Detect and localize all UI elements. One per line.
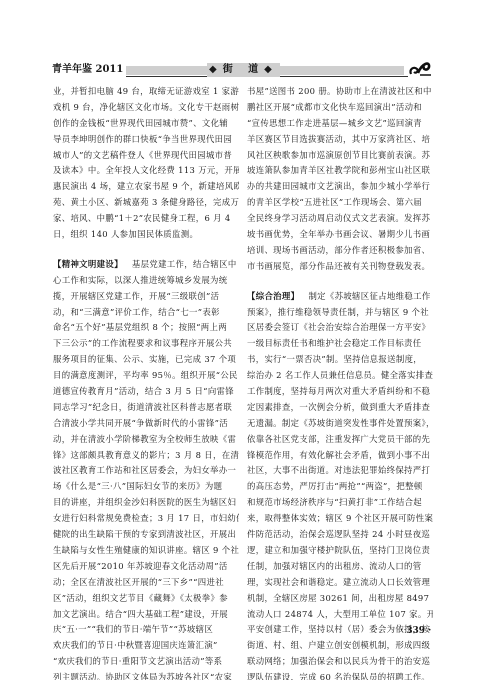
text-line: 服务项目的征集、公示、实施，已完成 37 个项 [53, 352, 239, 368]
text-line: 一级目标责任书和维护社会稳定工作目标责任 [247, 336, 433, 352]
section-comprehensive-governance: 【综合治理】 制定《苏坡辖区征占地维稳工作 预案》，推行维稳领导责任制，并与辖区… [247, 289, 433, 680]
text-line: 列主题活动。协助区文体局为苏坡各社区“农家 [53, 670, 239, 680]
text-fragment: 制定《苏坡辖区征占地维稳工作 [308, 291, 430, 301]
text-line: 逻队伍建设，完成 60 名治保队员的招聘工作。 [247, 670, 433, 680]
text-line: 苑、黄土小区、新城嘉苑 3 条健身路径，完成万 [53, 195, 239, 211]
text-line: 区先后开展“2010 年苏坡迎春文化活动周”活 [53, 559, 239, 575]
section-spiritual-civilization: 【精神文明建设】 基层党建工作，结合辖区中 心工作和实际，以深人推进统筹城乡发展… [53, 257, 239, 680]
text-line: 全民终身学习活动周启动仪式文艺表演。发挥苏 [247, 211, 433, 227]
text-line: 同志学习”纪念日，街道清波社区科普志愿者联 [53, 400, 239, 416]
text-fragment: 基层党建工作，结合辖区中 [132, 259, 237, 269]
text-line: 戏机 9 台，净化辖区文化市场。文化专干赵雨树 [53, 100, 239, 116]
paragraph-gap [247, 275, 433, 289]
text-line: 预案》，推行维稳领导责任制，并与辖区 9 个社 [247, 305, 433, 321]
text-line: 及读本》中。全年投人文化经费 113 万元，开展 [53, 163, 239, 179]
text-line: 动，并在清波小学阶梯教室为全校师生放映《雷 [53, 432, 239, 448]
text-line: 下三公示”的工作流程要求和议事程序开展公共 [53, 336, 239, 352]
page-number: · 339 · [400, 626, 431, 636]
text-line: 动，和“三满意”评价工作，结合“七一”表彰 [53, 305, 239, 321]
text-line: 任制，加强对辖区内的出租房、流动人口的管 [247, 559, 433, 575]
text-line: 动；全区在清波社区开展的“三下乡”“四进社 [53, 575, 239, 591]
text-line: 风社区秧歌参加市巡演原创节目比赛前表演。苏 [247, 148, 433, 164]
text-line: 坡连箫队参加青羊区社教学院和彭州宝山社区联 [247, 163, 433, 179]
text-line: 锋》这部颇具教育意义的影片；3 月 8 日，在清 [53, 448, 239, 464]
text-line: 导员李坤明创作的群口快板“争当世界现代田园 [53, 132, 239, 148]
section-title: ◆街 道◆ [207, 63, 280, 77]
text-line: 的青羊区学校“五进社区”工作现场会、第六届 [247, 195, 433, 211]
text-line: 加文艺演出。结合“四大基础工程”建设，开展 [53, 607, 239, 623]
text-line: 依靠各社区党支部，注重发挥广大党员干部的先 [247, 432, 433, 448]
swirl-ornament-icon [408, 57, 432, 77]
text-line: 【综合治理】 制定《苏坡辖区征占地维稳工作 [247, 289, 433, 305]
text-line: 书，实行“一票否决”制。坚持信息报送制度， [247, 352, 433, 368]
text-line: 道德宣传教育月”活动，结合 3 月 5 日“向雷锋 [53, 384, 239, 400]
text-line: 培训、现场书画活动，部分作者还积极参加省、 [247, 243, 433, 259]
text-line: 件防范活动，治保会巡逻队坚持 24 小时昼夜巡 [247, 527, 433, 543]
text-line: 无遗漏。制定《苏坡街道突发性事件处置预案》， [247, 416, 433, 432]
text-line: 合清波小学共同开展“争做新时代的小雷锋”活 [53, 416, 239, 432]
text-line: 联动网络；加强治保会和以民兵为骨干的治安巡 [247, 654, 433, 670]
text-line: 惠民演出 4 场，建立农家书屋 9 个，新建培风欧 [53, 179, 239, 195]
section-heading: 【综合治理】 [247, 291, 299, 301]
text-line: 和规范市场经济秩序与“扫黄打非”工作结合起 [247, 495, 433, 511]
text-line: 的高压态势，严厉打击“两抢”“两盗”，把整顿 [247, 479, 433, 495]
text-line: 命名“五个好”基层党组织 8 个；按照“两上两 [53, 320, 239, 336]
text-line: 【精神文明建设】 基层党建工作，结合辖区中 [53, 257, 239, 273]
left-column: 业，并暂扣电脑 49 台，取缔无证游戏室 1 家游 戏机 9 台，净化辖区文化市… [53, 84, 239, 680]
text-line: 来，取得整体实效；辖区 9 个社区开展可防性案 [247, 511, 433, 527]
text-line: 庆“五·一”“我们的节日·端午节”“苏坡辖区 [53, 622, 239, 638]
text-line: 机制，全辖区房屋 30261 间，出租房屋 8497 间， [247, 591, 433, 607]
text-line: 书屋”送图书 200 册。协助市上在清波社区和中 [247, 84, 433, 100]
text-line: 鹏社区开展“成都市文化快车巡回演出”活动和 [247, 100, 433, 116]
text-line: “欢庆我们的节日·重阳节文艺演出活动”等系 [53, 654, 239, 670]
paragraph-culture: 业，并暂扣电脑 49 台，取缔无证游戏室 1 家游 戏机 9 台，净化辖区文化市… [53, 84, 239, 243]
text-line: 创作的金钱板“世界现代田园城市赞”、文化辅 [53, 116, 239, 132]
text-line: 锋模范作用，有效化解社会矛盾，做到小事不出 [247, 448, 433, 464]
text-line: 揽，开展辖区党建工作，开展“三级联创”活 [53, 289, 239, 305]
text-line: 城市人”的文艺稿件登人《世界现代田园城市普 [53, 148, 239, 164]
section-heading: 【精神文明建设】 [53, 259, 123, 269]
text-line: 逻，建立和加强守楼护院队伍，坚持门卫岗位责 [247, 543, 433, 559]
text-line: 理，实现社会和谐稳定。建立流动人口长效管理 [247, 575, 433, 591]
text-line: 健院的出生缺陷干预的专家到清波社区，开展出 [53, 527, 239, 543]
right-column: 书屋”送图书 200 册。协助市上在清波社区和中 鹏社区开展“成都市文化快车巡回… [247, 84, 433, 680]
text-line: 坡书画优势，全年举办书画会议、暑期少儿书画 [247, 227, 433, 243]
text-line: 定因素排查，一次例会分析，做到重大矛盾排查 [247, 400, 433, 416]
text-line: 社区，大事不出街道。对违法犯罪始终保持严打 [247, 463, 433, 479]
text-line: 目的讲座，并组织金沙妇科医院的医生为辖区妇 [53, 495, 239, 511]
text-line: 目的满意度测评，平均率 95％。组织开展“公民 [53, 368, 239, 384]
paragraph-culture-cont: 书屋”送图书 200 册。协助市上在清波社区和中 鹏社区开展“成都市文化快车巡回… [247, 84, 433, 275]
text-line: 家、培风、中鹏“1＋2”农民健身工程，6 月 4 [53, 211, 239, 227]
paragraph-gap [53, 243, 239, 257]
text-line: 业，并暂扣电脑 49 台，取缔无证游戏室 1 家游 [53, 84, 239, 100]
text-line: 日，组织 140 人参加国民体质监测。 [53, 227, 239, 243]
text-line: 生缺陷与女性生殖健康的知识讲座。辖区 9 个社 [53, 543, 239, 559]
text-line: 女进行妇科常规免费检查；3 月 17 日，市妇幼保 [53, 511, 239, 527]
text-line: 办的共建田园城市文艺演出，参加少城小学举行 [247, 179, 433, 195]
text-line: 区”活动，组织文艺节目《藏舞》《太极拳》参 [53, 591, 239, 607]
text-line: 欢庆我们的节日·中秋暨喜迎国庆连箫汇演” [53, 638, 239, 654]
text-line: 流动人口 24874 人，大型用工单位 107 家。开展 [247, 607, 433, 623]
text-line: 区居委会签订《社会治安综合治理保一方平安》 [247, 320, 433, 336]
text-line: 工作制度，坚持每月两次对重大矛盾纠纷和不稳 [247, 384, 433, 400]
running-header: 青羊年鉴 2011 ◆街 道◆ [52, 63, 428, 77]
text-line: “宣传思想工作走进基层—城乡文艺”巡回演青 [247, 116, 433, 132]
text-line: 羊区赛区节目选拔赛活动，其中万家湾社区、培 [247, 132, 433, 148]
text-line: 市书画展览，部分作品还被有关刊物登载发表。 [247, 259, 433, 275]
text-line: 心工作和实际，以深人推进统筹城乡发展为统 [53, 273, 239, 289]
text-line: 波社区教育工作站和社区居委会，为妇女举办一 [53, 463, 239, 479]
text-line: 场《什么是“三·八”国际妇女节的来历》为题 [53, 479, 239, 495]
text-line: 综治办 2 名工作人员兼任信息员。健全落实排查 [247, 368, 433, 384]
publication-title: 青羊年鉴 2011 [52, 63, 126, 77]
text-line: 街道、村、组、户建立创安创模机制，形成四级 [247, 638, 433, 654]
